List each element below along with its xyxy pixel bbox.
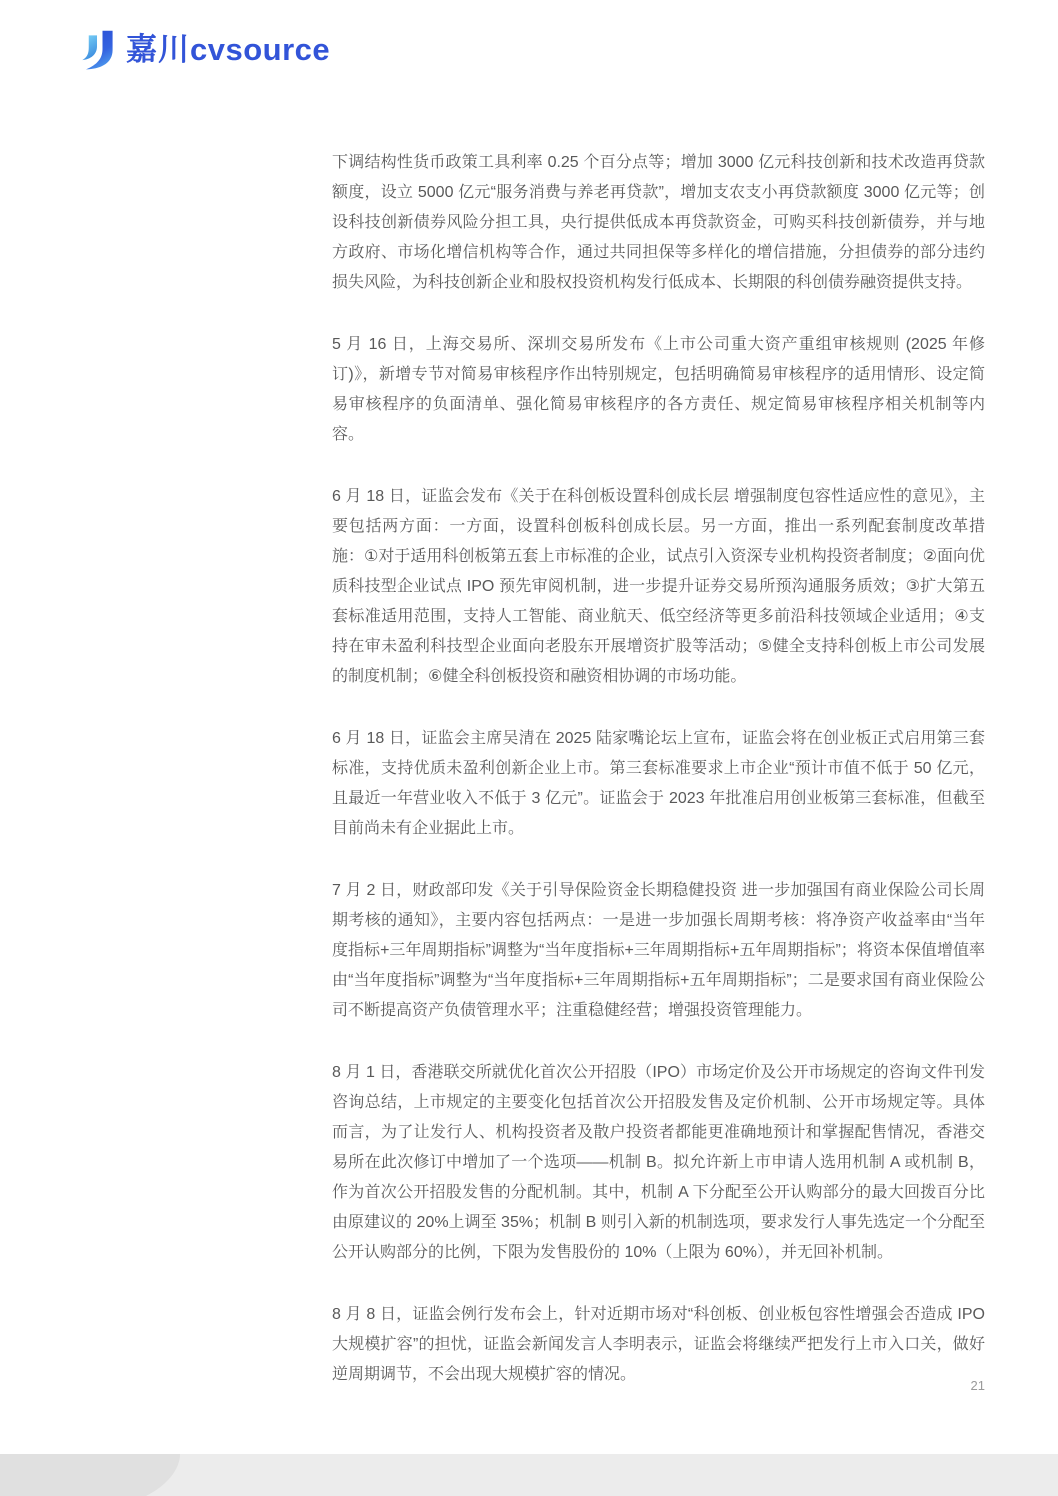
paragraph-may16-restructuring-rules: 5 月 16 日，上海交易所、深圳交易所发布《上市公司重大资产重组审核规则 (2…: [332, 330, 985, 450]
paragraph-monetary-policy-tools: 下调结构性货币政策工具利率 0.25 个百分点等；增加 3000 亿元科技创新和…: [332, 148, 985, 298]
brand-name-en: cvsource: [190, 28, 330, 72]
paragraph-jun18-chinext-third-standard: 6 月 18 日，证监会主席吴清在 2025 陆家嘴论坛上宣布，证监会将在创业板…: [332, 724, 985, 844]
paragraph-aug1-hkex-ipo-consultation: 8 月 1 日，香港联交所就优化首次公开招股（IPO）市场定价及公开市场规定的咨…: [332, 1058, 985, 1268]
paragraph-jul2-insurance-long-term-assessment: 7 月 2 日，财政部印发《关于引导保险资金长期稳健投资 进一步加强国有商业保险…: [332, 876, 985, 1026]
paragraph-jun18-star-market-growth-tier: 6 月 18 日，证监会发布《关于在科创板设置科创成长层 增强制度包容性适应性的…: [332, 482, 985, 692]
body-text: 下调结构性货币政策工具利率 0.25 个百分点等；增加 3000 亿元科技创新和…: [332, 148, 985, 1390]
paragraph-aug8-csrc-press-briefing: 8 月 8 日，证监会例行发布会上，针对近期市场对“科创板、创业板包容性增强会否…: [332, 1300, 985, 1390]
page-number: 21: [971, 1378, 985, 1393]
report-page: 嘉川cvsource 下调结构性货币政策工具利率 0.25 个百分点等；增加 3…: [0, 0, 1058, 1496]
cvsource-logo-icon: [74, 28, 120, 72]
brand-logo: 嘉川cvsource: [74, 26, 330, 74]
footer-decoration: [0, 1454, 1058, 1496]
brand-name-cn: 嘉川: [126, 28, 190, 72]
footer-band-graphic: [0, 1454, 1058, 1496]
